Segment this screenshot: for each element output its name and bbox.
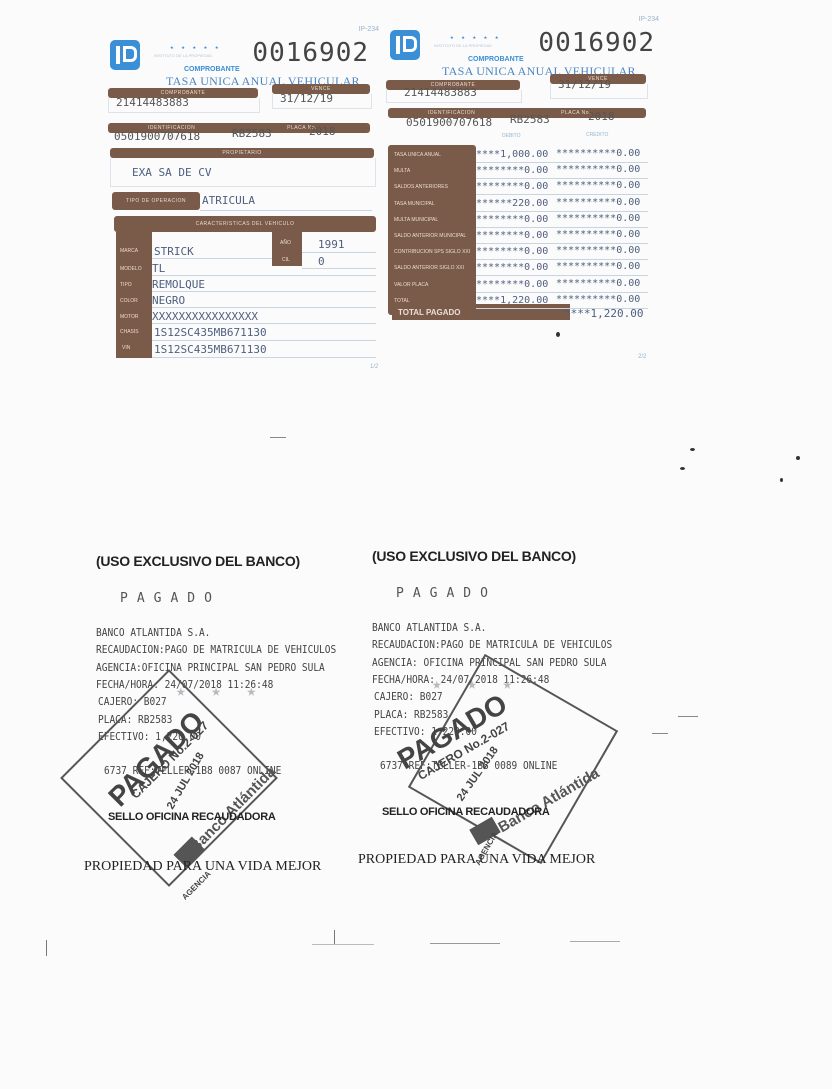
chasis-label: CHASIS bbox=[120, 329, 139, 335]
bank-stamp-2: (USO EXCLUSIVO DEL BANCO) PAGADO BANCO A… bbox=[372, 548, 632, 918]
form-code: IP-234 bbox=[638, 16, 659, 23]
identificacion-value: 0501900707618 bbox=[406, 116, 492, 129]
charge-debit: ********0.00 bbox=[476, 262, 548, 273]
scan-speck bbox=[796, 456, 800, 460]
scan-mark bbox=[652, 733, 668, 734]
institution-name: INSTITUTO DE LA PROPIEDAD bbox=[154, 53, 224, 58]
comprobante-caption: COMPROBANTE bbox=[184, 66, 240, 73]
vence-value: 31/12/19 bbox=[280, 92, 333, 105]
charge-debit: ****1,000.00 bbox=[476, 149, 548, 160]
charge-label: MULTA MUNICIPAL bbox=[394, 217, 438, 223]
marca-value: STRICK bbox=[154, 245, 194, 258]
charge-label: CONTRIBUCION SPS SIGLO XXI bbox=[394, 249, 470, 255]
bank-line: RECAUDACION:PAGO DE MATRICULA DE VEHICUL… bbox=[96, 644, 336, 657]
sello-oficina: SELLO OFICINA RECAUDADORA bbox=[382, 806, 549, 818]
scan-mark bbox=[334, 930, 335, 944]
slogan: PROPIEDAD PARA UNA VIDA MEJOR bbox=[358, 852, 595, 868]
scan-mark bbox=[312, 944, 374, 945]
comprobante-value: 21414483883 bbox=[404, 86, 477, 99]
charge-debit: ******220.00 bbox=[476, 198, 548, 209]
scan-mark bbox=[46, 940, 47, 956]
charge-debit: ********0.00 bbox=[476, 214, 548, 225]
placa-value: RB2583 bbox=[232, 127, 272, 140]
charge-debit: ****1,220.00 bbox=[476, 295, 548, 306]
vin-value: 1S12SC435MB671130 bbox=[154, 343, 267, 356]
scan-mark bbox=[270, 437, 286, 438]
charge-credit: **********0.00 bbox=[556, 294, 640, 305]
charge-credit: **********0.00 bbox=[556, 229, 640, 240]
bank-line: CAJERO: B027 bbox=[374, 691, 443, 704]
chasis-value: 1S12SC435MB671130 bbox=[154, 326, 267, 339]
ip-logo-icon bbox=[110, 40, 140, 70]
total-pagado-label: TOTAL PAGADO bbox=[398, 308, 461, 317]
charge-label: SALDOS ANTERIORES bbox=[394, 184, 448, 190]
charge-credit: **********0.00 bbox=[556, 278, 640, 289]
ano-fiscal-value: 2018 bbox=[309, 125, 336, 138]
scan-mark bbox=[678, 716, 698, 717]
charge-label: VALOR PLACA bbox=[394, 282, 428, 288]
receipt-page-1: IP-234 ★ ★ ★ ★ ★ INSTITUTO DE LA PROPIED… bbox=[104, 26, 379, 386]
charge-debit: ********0.00 bbox=[476, 246, 548, 257]
credito-header: CREDITO bbox=[586, 132, 608, 138]
charge-debit: ********0.00 bbox=[476, 279, 548, 290]
slogan: PROPIEDAD PARA UNA VIDA MEJOR bbox=[84, 859, 321, 875]
tipo-label: TIPO bbox=[120, 282, 132, 288]
propietario-value: EXA SA DE CV bbox=[132, 166, 211, 179]
pagado-stamp bbox=[60, 669, 278, 887]
ano-label: AÑO bbox=[280, 240, 291, 246]
charge-label: SALDO ANTERIOR SIGLO XXI bbox=[394, 265, 464, 271]
charge-label: SALDO ANTERIOR MUNICIPAL bbox=[394, 233, 466, 239]
scan-speck bbox=[680, 467, 685, 470]
bank-line: BANCO ATLANTIDA S.A. bbox=[96, 627, 210, 640]
scan-mark bbox=[430, 943, 500, 944]
charge-label: MULTA bbox=[394, 168, 410, 174]
vence-value: 31/12/19 bbox=[558, 78, 611, 91]
bank-heading: (USO EXCLUSIVO DEL BANCO) bbox=[96, 553, 300, 569]
charge-credit: **********0.00 bbox=[556, 197, 640, 208]
honduras-stars-icon: ★ ★ ★ ★ ★ bbox=[450, 34, 501, 41]
tipo-operacion-value: ATRICULA bbox=[202, 194, 255, 207]
cil-label: CIL bbox=[282, 257, 290, 263]
receipt-page-2: IP-234 ★ ★ ★ ★ ★ INSTITUTO DE LA PROPIED… bbox=[384, 16, 659, 376]
ano-fiscal-value: 2018 bbox=[588, 110, 615, 123]
charge-credit: **********0.00 bbox=[556, 245, 640, 256]
charge-credit: **********0.00 bbox=[556, 213, 640, 224]
charge-credit: **********0.00 bbox=[556, 148, 640, 159]
charge-debit: ********0.00 bbox=[476, 230, 548, 241]
sello-oficina: SELLO OFICINA RECAUDADORA bbox=[108, 811, 275, 823]
charge-label: TASA UNICA ANUAL bbox=[394, 152, 441, 158]
serial-number: 0016902 bbox=[252, 38, 369, 68]
color-value: NEGRO bbox=[152, 294, 185, 307]
motor-label: MOTOR bbox=[120, 314, 139, 320]
scan-speck bbox=[690, 448, 695, 451]
bank-line: BANCO ATLANTIDA S.A. bbox=[372, 622, 486, 635]
charge-debit: ********0.00 bbox=[476, 181, 548, 192]
charge-credit: **********0.00 bbox=[556, 164, 640, 175]
scan-speck bbox=[556, 332, 560, 337]
serial-number: 0016902 bbox=[538, 28, 655, 58]
honduras-stars-icon: ★ ★ ★ ★ ★ bbox=[170, 44, 221, 51]
bank-line: AGENCIA:OFICINA PRINCIPAL SAN PEDRO SULA bbox=[96, 662, 325, 675]
marca-label: MARCA bbox=[120, 248, 138, 254]
charge-debit: ********0.00 bbox=[476, 165, 548, 176]
status-pagado: PAGADO bbox=[396, 586, 497, 601]
bank-heading: (USO EXCLUSIVO DEL BANCO) bbox=[372, 548, 576, 564]
charge-credit: **********0.00 bbox=[556, 261, 640, 272]
status-pagado: PAGADO bbox=[120, 591, 221, 606]
ano-value: 1991 bbox=[318, 238, 345, 251]
placa-value: RB2583 bbox=[510, 113, 550, 126]
institution-name: INSTITUTO DE LA PROPIEDAD bbox=[434, 43, 504, 48]
propietario-bar: PROPIETARIO bbox=[110, 148, 374, 158]
tipo-operacion-label: TIPO DE OPERACION bbox=[112, 192, 200, 210]
vin-label: VIN bbox=[122, 345, 130, 351]
modelo-value: TL bbox=[152, 262, 165, 275]
cil-value: 0 bbox=[318, 255, 325, 268]
page-number: 2/2 bbox=[638, 354, 646, 360]
bank-line: RECAUDACION:PAGO DE MATRICULA DE VEHICUL… bbox=[372, 639, 612, 652]
charge-credit: **********0.00 bbox=[556, 180, 640, 191]
debito-header: DEBITO bbox=[502, 133, 521, 139]
tipo-value: REMOLQUE bbox=[152, 278, 205, 291]
color-label: COLOR bbox=[120, 298, 138, 304]
scan-speck bbox=[780, 478, 783, 482]
page-number: 1/2 bbox=[370, 364, 378, 370]
bank-line: PLACA: RB2583 bbox=[374, 709, 448, 722]
comprobante-value: 21414483883 bbox=[116, 96, 189, 109]
caracteristicas-bar: CARACTERISTICAS DEL VEHICULO bbox=[114, 216, 376, 232]
modelo-label: MODELO bbox=[120, 266, 142, 272]
motor-value: XXXXXXXXXXXXXXXX bbox=[152, 310, 258, 323]
charge-label: TASA MUNICIPAL bbox=[394, 201, 435, 207]
ip-logo-icon bbox=[390, 30, 420, 60]
comprobante-caption: COMPROBANTE bbox=[468, 56, 524, 63]
bank-stamp-1: (USO EXCLUSIVO DEL BANCO) PAGADO BANCO A… bbox=[96, 553, 356, 923]
total-pagado-value: ****1,220.00 bbox=[564, 307, 643, 320]
identificacion-value: 0501900707618 bbox=[114, 130, 200, 143]
charge-label: TOTAL bbox=[394, 298, 410, 304]
form-code: IP-234 bbox=[358, 26, 379, 33]
scan-mark bbox=[570, 941, 620, 942]
